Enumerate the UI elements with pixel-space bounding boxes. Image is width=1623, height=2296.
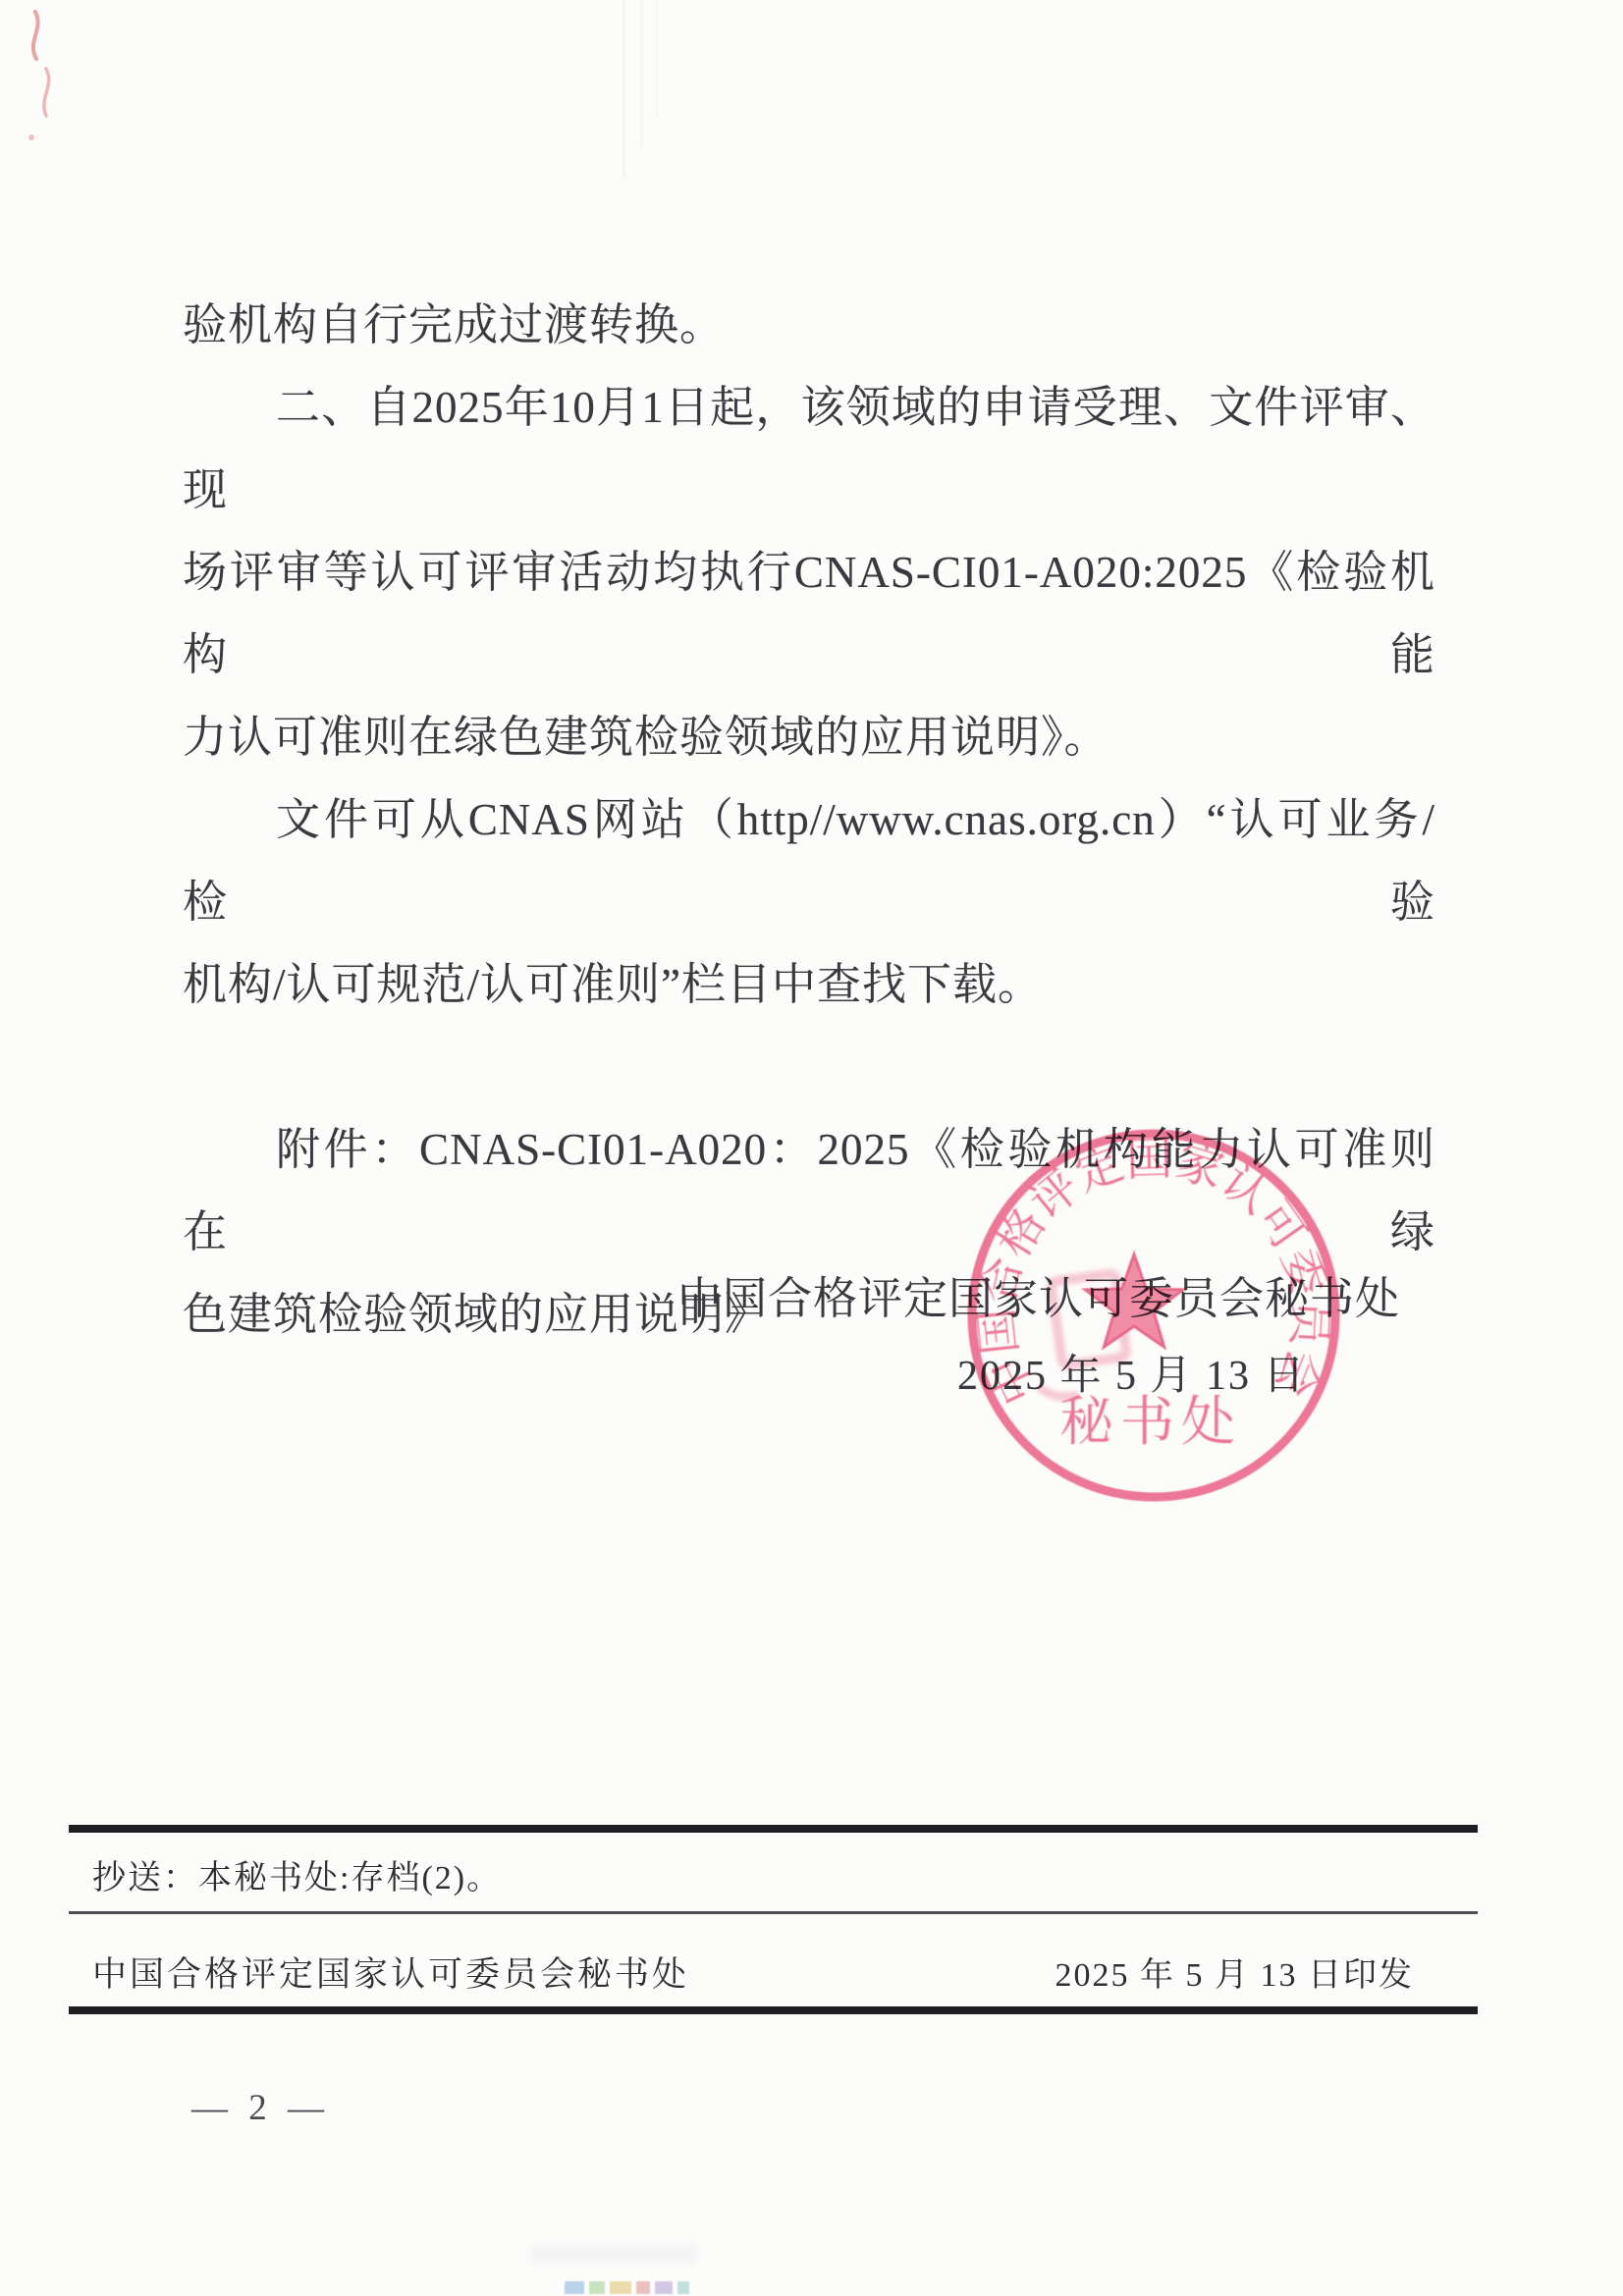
scan-color-strip bbox=[565, 2281, 689, 2294]
seal-center-label: 秘书处 bbox=[1059, 1392, 1242, 1452]
color-strip-segment bbox=[565, 2281, 584, 2294]
fold-streak bbox=[640, 0, 643, 147]
seal-star bbox=[1086, 1255, 1183, 1347]
official-seal: 中国合格评定国家认可委员会 秘书处 bbox=[962, 1124, 1345, 1507]
scanned-document-page: { "page": { "number": "— 2 —" }, "body":… bbox=[0, 0, 1623, 2296]
body-line: 场评审等认可评审活动均执行CNAS-CI01-A020:2025《检验机构能 bbox=[183, 531, 1435, 696]
cc-line: 抄送：本秘书处:存档(2)。 bbox=[92, 1850, 502, 1898]
seal-ring-text: 中国合格评定国家认可委员会 bbox=[972, 1134, 1335, 1412]
color-strip-segment bbox=[610, 2281, 631, 2294]
footer-issue-date: 2025 年 5 月 13 日印发 bbox=[1055, 1948, 1415, 1996]
color-strip-segment bbox=[589, 2281, 605, 2294]
fold-streak bbox=[656, 0, 659, 118]
body-line: 二、自2025年10月1日起，该领域的申请受理、文件评审、现 bbox=[183, 366, 1435, 531]
color-strip-segment bbox=[636, 2281, 650, 2294]
body-line: 机构/认可规范/认可准则”栏目中查找下载。 bbox=[183, 943, 1435, 1026]
color-strip-segment bbox=[655, 2281, 673, 2294]
footer-issuer: 中国合格评定国家认可委员会秘书处 bbox=[92, 1948, 689, 1997]
red-pen-marks-artifact bbox=[16, 4, 84, 161]
footer-rule-thin bbox=[69, 1911, 1478, 1914]
scan-smudge bbox=[530, 2244, 697, 2264]
color-strip-segment bbox=[677, 2281, 689, 2294]
footer-rule-thick-top bbox=[69, 1825, 1478, 1833]
body-line: 力认可准则在绿色建筑检验领域的应用说明》。 bbox=[183, 696, 1435, 778]
page-number: — 2 — bbox=[191, 2087, 330, 2129]
body-line: 文件可从CNAS网站（http//www.cnas.org.cn）“认可业务/检… bbox=[183, 778, 1435, 943]
footer-rule-thick-bottom bbox=[69, 2006, 1478, 2014]
paragraph-gap bbox=[183, 1026, 1435, 1108]
body-line: 验机构自行完成过渡转换。 bbox=[183, 284, 1435, 366]
fold-streak bbox=[622, 0, 625, 177]
